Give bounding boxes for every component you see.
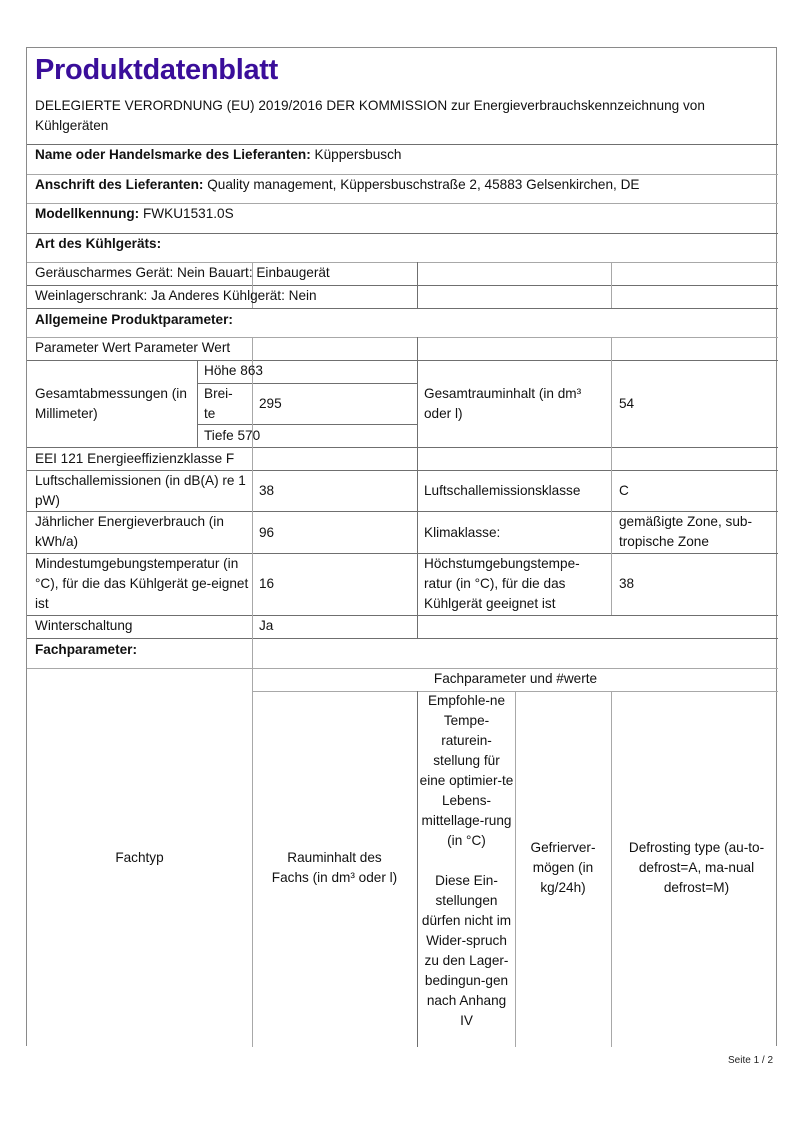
appliance-type-row-1: Geräuscharmes Gerät: Nein Bauart: Einbau… xyxy=(35,263,330,283)
col-recommended-temp: Empfohle-ne Tempe-raturein-stellung für … xyxy=(419,691,514,851)
compartment-params-heading: Fachparameter: xyxy=(35,640,137,660)
col-compartment-volume: Rauminhalt des Fachs (in dm³ oder l) xyxy=(267,848,402,888)
page-number: Seite 1 / 2 xyxy=(728,1055,773,1066)
noise-class-label: Luftschallemissionsklasse xyxy=(424,481,580,501)
width-label: Brei-te xyxy=(204,384,244,424)
depth-value: Tiefe 570 xyxy=(204,426,260,446)
product-data-sheet: Produktdatenblatt DELEGIERTE VERORDNUNG … xyxy=(26,47,777,1046)
energy-label: Jährlicher Energieverbrauch (in kWh/a) xyxy=(35,512,250,552)
max-temp-value: 38 xyxy=(619,574,634,594)
page-title: Produktdatenblatt xyxy=(35,50,278,90)
supplier-name: Name oder Handelsmarke des Lieferanten: … xyxy=(35,145,401,165)
min-temp-label: Mindestumgebungstemperatur (in °C), für … xyxy=(35,554,250,614)
climate-label: Klimaklasse: xyxy=(424,523,500,543)
dimensions-label: Gesamtabmessungen (in Millimeter) xyxy=(35,384,190,424)
col-defrosting-type: Defrosting type (au-to-defrost=A, ma-nua… xyxy=(619,838,774,898)
col-compartment-type: Fachtyp xyxy=(27,848,252,868)
energy-value: 96 xyxy=(259,523,274,543)
col-temp-note: Diese Ein-stellungen dürfen nicht im Wid… xyxy=(419,871,514,1031)
eei-row: EEI 121 Energieeffizienzklasse F xyxy=(35,449,234,469)
max-temp-label: Höchstumgebungstempe-ratur (in °C), für … xyxy=(424,554,606,614)
total-volume-value: 54 xyxy=(619,394,634,414)
appliance-type-heading: Art des Kühlgeräts: xyxy=(35,234,161,254)
general-params-heading: Allgemeine Produktparameter: xyxy=(35,310,233,330)
model-id: Modellkennung: FWKU1531.0S xyxy=(35,204,234,224)
height-value: Höhe 863 xyxy=(204,361,263,381)
regulation-text: DELEGIERTE VERORDNUNG (EU) 2019/2016 DER… xyxy=(35,96,765,136)
total-volume-label: Gesamtrauminhalt (in dm³ oder l) xyxy=(424,384,609,424)
winter-value: Ja xyxy=(259,616,273,636)
winter-label: Winterschaltung xyxy=(35,616,132,636)
noise-value: 38 xyxy=(259,481,274,501)
appliance-type-row-2: Weinlagerschrank: Ja Anderes Kühlgerät: … xyxy=(35,286,317,306)
climate-value: gemäßigte Zone, sub-tropische Zone xyxy=(619,512,777,552)
compartment-group-header: Fachparameter und #werte xyxy=(253,669,778,689)
noise-class-value: C xyxy=(619,481,629,501)
min-temp-value: 16 xyxy=(259,574,274,594)
supplier-address: Anschrift des Lieferanten: Quality manag… xyxy=(35,175,639,195)
general-header-row: Parameter Wert Parameter Wert xyxy=(35,338,230,358)
noise-label: Luftschallemissionen (in dB(A) re 1 pW) xyxy=(35,471,247,511)
width-value: 295 xyxy=(259,394,282,414)
col-freezing-capacity: Gefrierver-mögen (in kg/24h) xyxy=(519,838,607,898)
